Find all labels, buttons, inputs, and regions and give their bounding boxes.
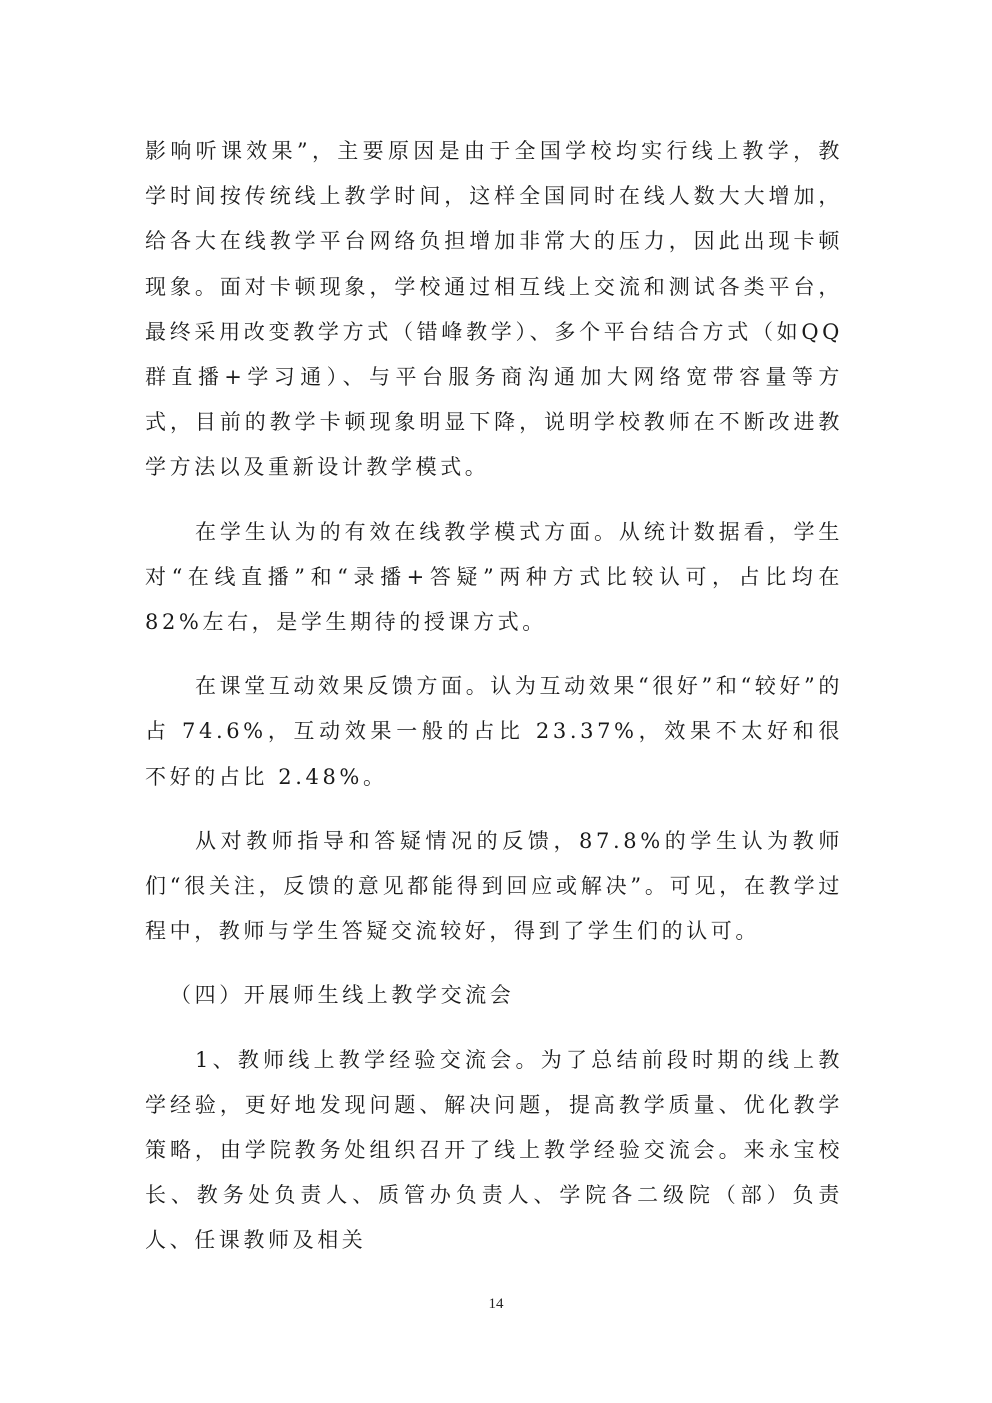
paragraph-teacher-exchange-meeting: 1、教师线上教学经验交流会。为了总结前段时期的线上教学经验，更好地发现问题、解决… [145,1038,843,1264]
paragraph-gap [145,491,843,510]
paragraph-gap [145,800,843,819]
paragraph-online-teaching-mode: 在学生认为的有效在线教学模式方面。从统计数据看，学生对“在线直播”和“录播+答疑… [145,510,843,646]
document-body: 影响听课效果”，主要原因是由于全国学校均实行线上教学，教学时间按传统线上教学时间… [145,129,843,1264]
section-heading: （四）开展师生线上教学交流会 [145,973,843,1018]
paragraph-continuation: 影响听课效果”，主要原因是由于全国学校均实行线上教学，教学时间按传统线上教学时间… [145,129,843,491]
paragraph-gap [145,1019,843,1038]
paragraph-interaction-feedback: 在课堂互动效果反馈方面。认为互动效果“很好”和“较好”的占 74.6%，互动效果… [145,664,843,800]
document-page: 影响听课效果”，主要原因是由于全国学校均实行线上教学，教学时间按传统线上教学时间… [0,0,992,1403]
page-number: 14 [0,1296,992,1313]
paragraph-teacher-guidance: 从对教师指导和答疑情况的反馈，87.8%的学生认为教师们“很关注，反馈的意见都能… [145,819,843,955]
paragraph-gap [145,645,843,664]
paragraph-gap [145,954,843,973]
